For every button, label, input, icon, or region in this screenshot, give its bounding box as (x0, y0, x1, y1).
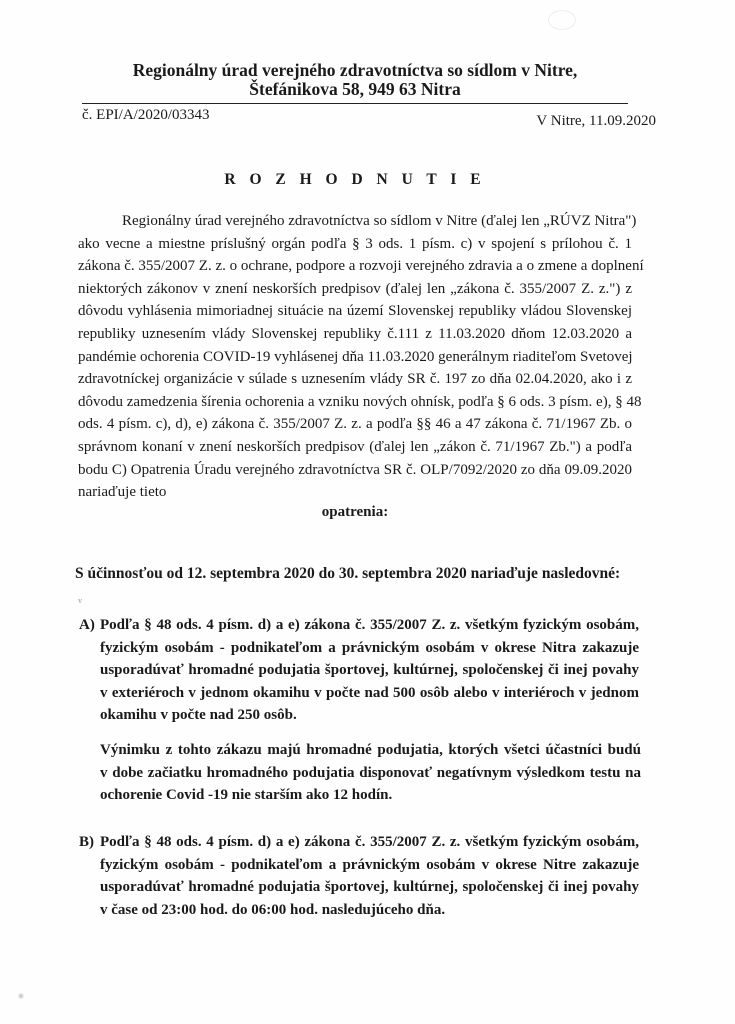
item-line: okamihu v počte nad 250 osôb. (100, 704, 639, 727)
effective-period: S účinnosťou od 12. septembra 2020 do 30… (75, 565, 620, 583)
preamble-line: dôvodu vyhlásenia mimoriadnej situácie n… (78, 300, 632, 323)
preamble-line: Regionálny úrad verejného zdravotníctva … (78, 210, 632, 233)
item-marker: A) (79, 614, 95, 637)
preamble-line: zdravotníckej organizácie v súlade s uzn… (78, 368, 632, 391)
document-page: Regionálny úrad verejného zdravotníctva … (0, 0, 735, 1024)
preamble-line: bodu C) Opatrenia Úradu verejného zdravo… (78, 459, 632, 482)
item-line: Podľa § 48 ods. 4 písm. d) a e) zákona č… (100, 831, 639, 854)
preamble-line: niektorých zákonov v znení neskorších pr… (78, 278, 632, 301)
item-line: fyzickým osobám - podnikateľom a právnic… (100, 637, 639, 660)
preamble-line: republiky uznesením vlády Slovenskej rep… (78, 323, 632, 346)
header-divider (82, 103, 628, 104)
preamble-line: pandémie ochorenia COVID-19 vyhlásenej d… (78, 346, 632, 369)
item-marker: B) (79, 831, 94, 854)
measure-a-exception: Výnimku z tohto zákazu majú hromadné pod… (100, 739, 641, 807)
authority-name: Regionálny úrad verejného zdravotníctva … (82, 60, 628, 80)
preamble-line: zákona č. 355/2007 Z. z. o ochrane, podp… (78, 255, 632, 278)
measure-item-a: A) Podľa § 48 ods. 4 písm. d) a e) zákon… (79, 614, 639, 727)
authority-address: Štefánikova 58, 949 63 Nitra (82, 79, 628, 99)
preamble-line: ods. 4 písm. c), d), e) zákona č. 355/20… (78, 413, 632, 436)
scan-smudge (18, 992, 24, 1000)
preamble-line: nariaďuje tieto (78, 481, 632, 504)
reference-number: č. EPI/A/2020/03343 (82, 107, 210, 124)
item-line: usporadúvať hromadné podujatia športovej… (100, 876, 639, 899)
item-line: v exteriéroch v jednom okamihu v počte n… (100, 682, 639, 705)
scan-artifact (548, 10, 576, 30)
item-line: fyzickým osobám - podnikateľom a právnic… (100, 854, 639, 877)
item-line: usporadúvať hromadné podujatia športovej… (100, 659, 639, 682)
preamble-line: ako vecne a miestne príslušný orgán podľ… (78, 233, 632, 256)
measures-heading: opatrenia: (82, 504, 628, 521)
exception-line: v dobe začiatku hromadného podujatia dis… (100, 762, 641, 785)
item-line: v čase od 23:00 hod. do 06:00 hod. nasle… (100, 899, 639, 922)
document-title: R O Z H O D N U T I E (82, 171, 628, 189)
place-and-date: V Nitre, 11.09.2020 (536, 113, 656, 130)
preamble-paragraph: Regionálny úrad verejného zdravotníctva … (78, 210, 632, 504)
exception-line: ochorenie Covid -19 nie starším ako 12 h… (100, 784, 641, 807)
exception-line: Výnimku z tohto zákazu majú hromadné pod… (100, 739, 641, 762)
preamble-line: dôvodu zamedzenia šírenia ochorenia a vz… (78, 391, 632, 414)
preamble-line: správnom konaní v znení neskorších predp… (78, 436, 632, 459)
measure-item-b: B) Podľa § 48 ods. 4 písm. d) a e) zákon… (79, 831, 639, 921)
scan-artifact-mark: v (78, 596, 82, 605)
item-line: Podľa § 48 ods. 4 písm. d) a e) zákona č… (100, 614, 639, 637)
